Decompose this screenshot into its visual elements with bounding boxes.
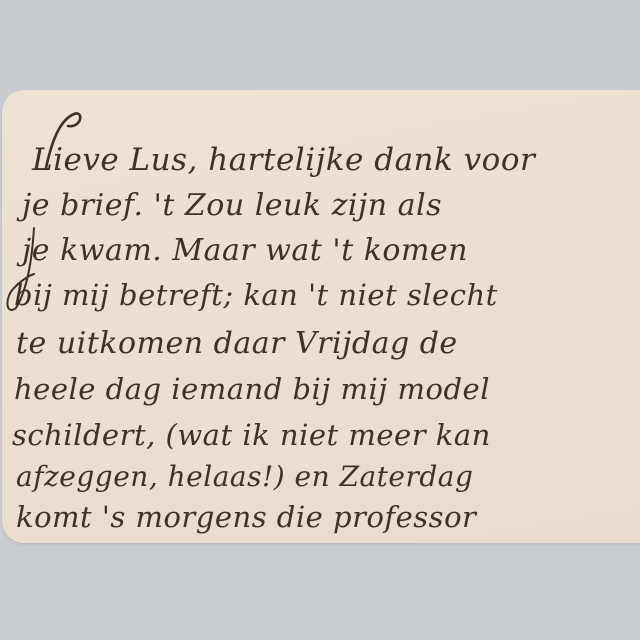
letter-line-6: heele dag iemand bij mij model [14,372,490,406]
photo-backdrop: Lieve Lus, hartelijke dank voor je brief… [0,0,640,640]
letter-line-2: je brief. 't Zou leuk zijn als [22,188,442,223]
letter-line-1: Lieve Lus, hartelijke dank voor [32,142,535,178]
letter-line-7: schildert, (wat ik niet meer kan [12,418,491,452]
letter-line-4: bij mij betreft; kan 't niet slecht [14,278,498,312]
letter-line-9: komt 's morgens die professor [16,500,476,534]
letter-line-8: afzeggen, helaas!) en Zaterdag [16,460,473,493]
letter-line-3: je kwam. Maar wat 't komen [22,233,468,268]
letter-card: Lieve Lus, hartelijke dank voor je brief… [2,90,640,543]
letter-line-5: te uitkomen daar Vrijdag de [16,326,458,361]
